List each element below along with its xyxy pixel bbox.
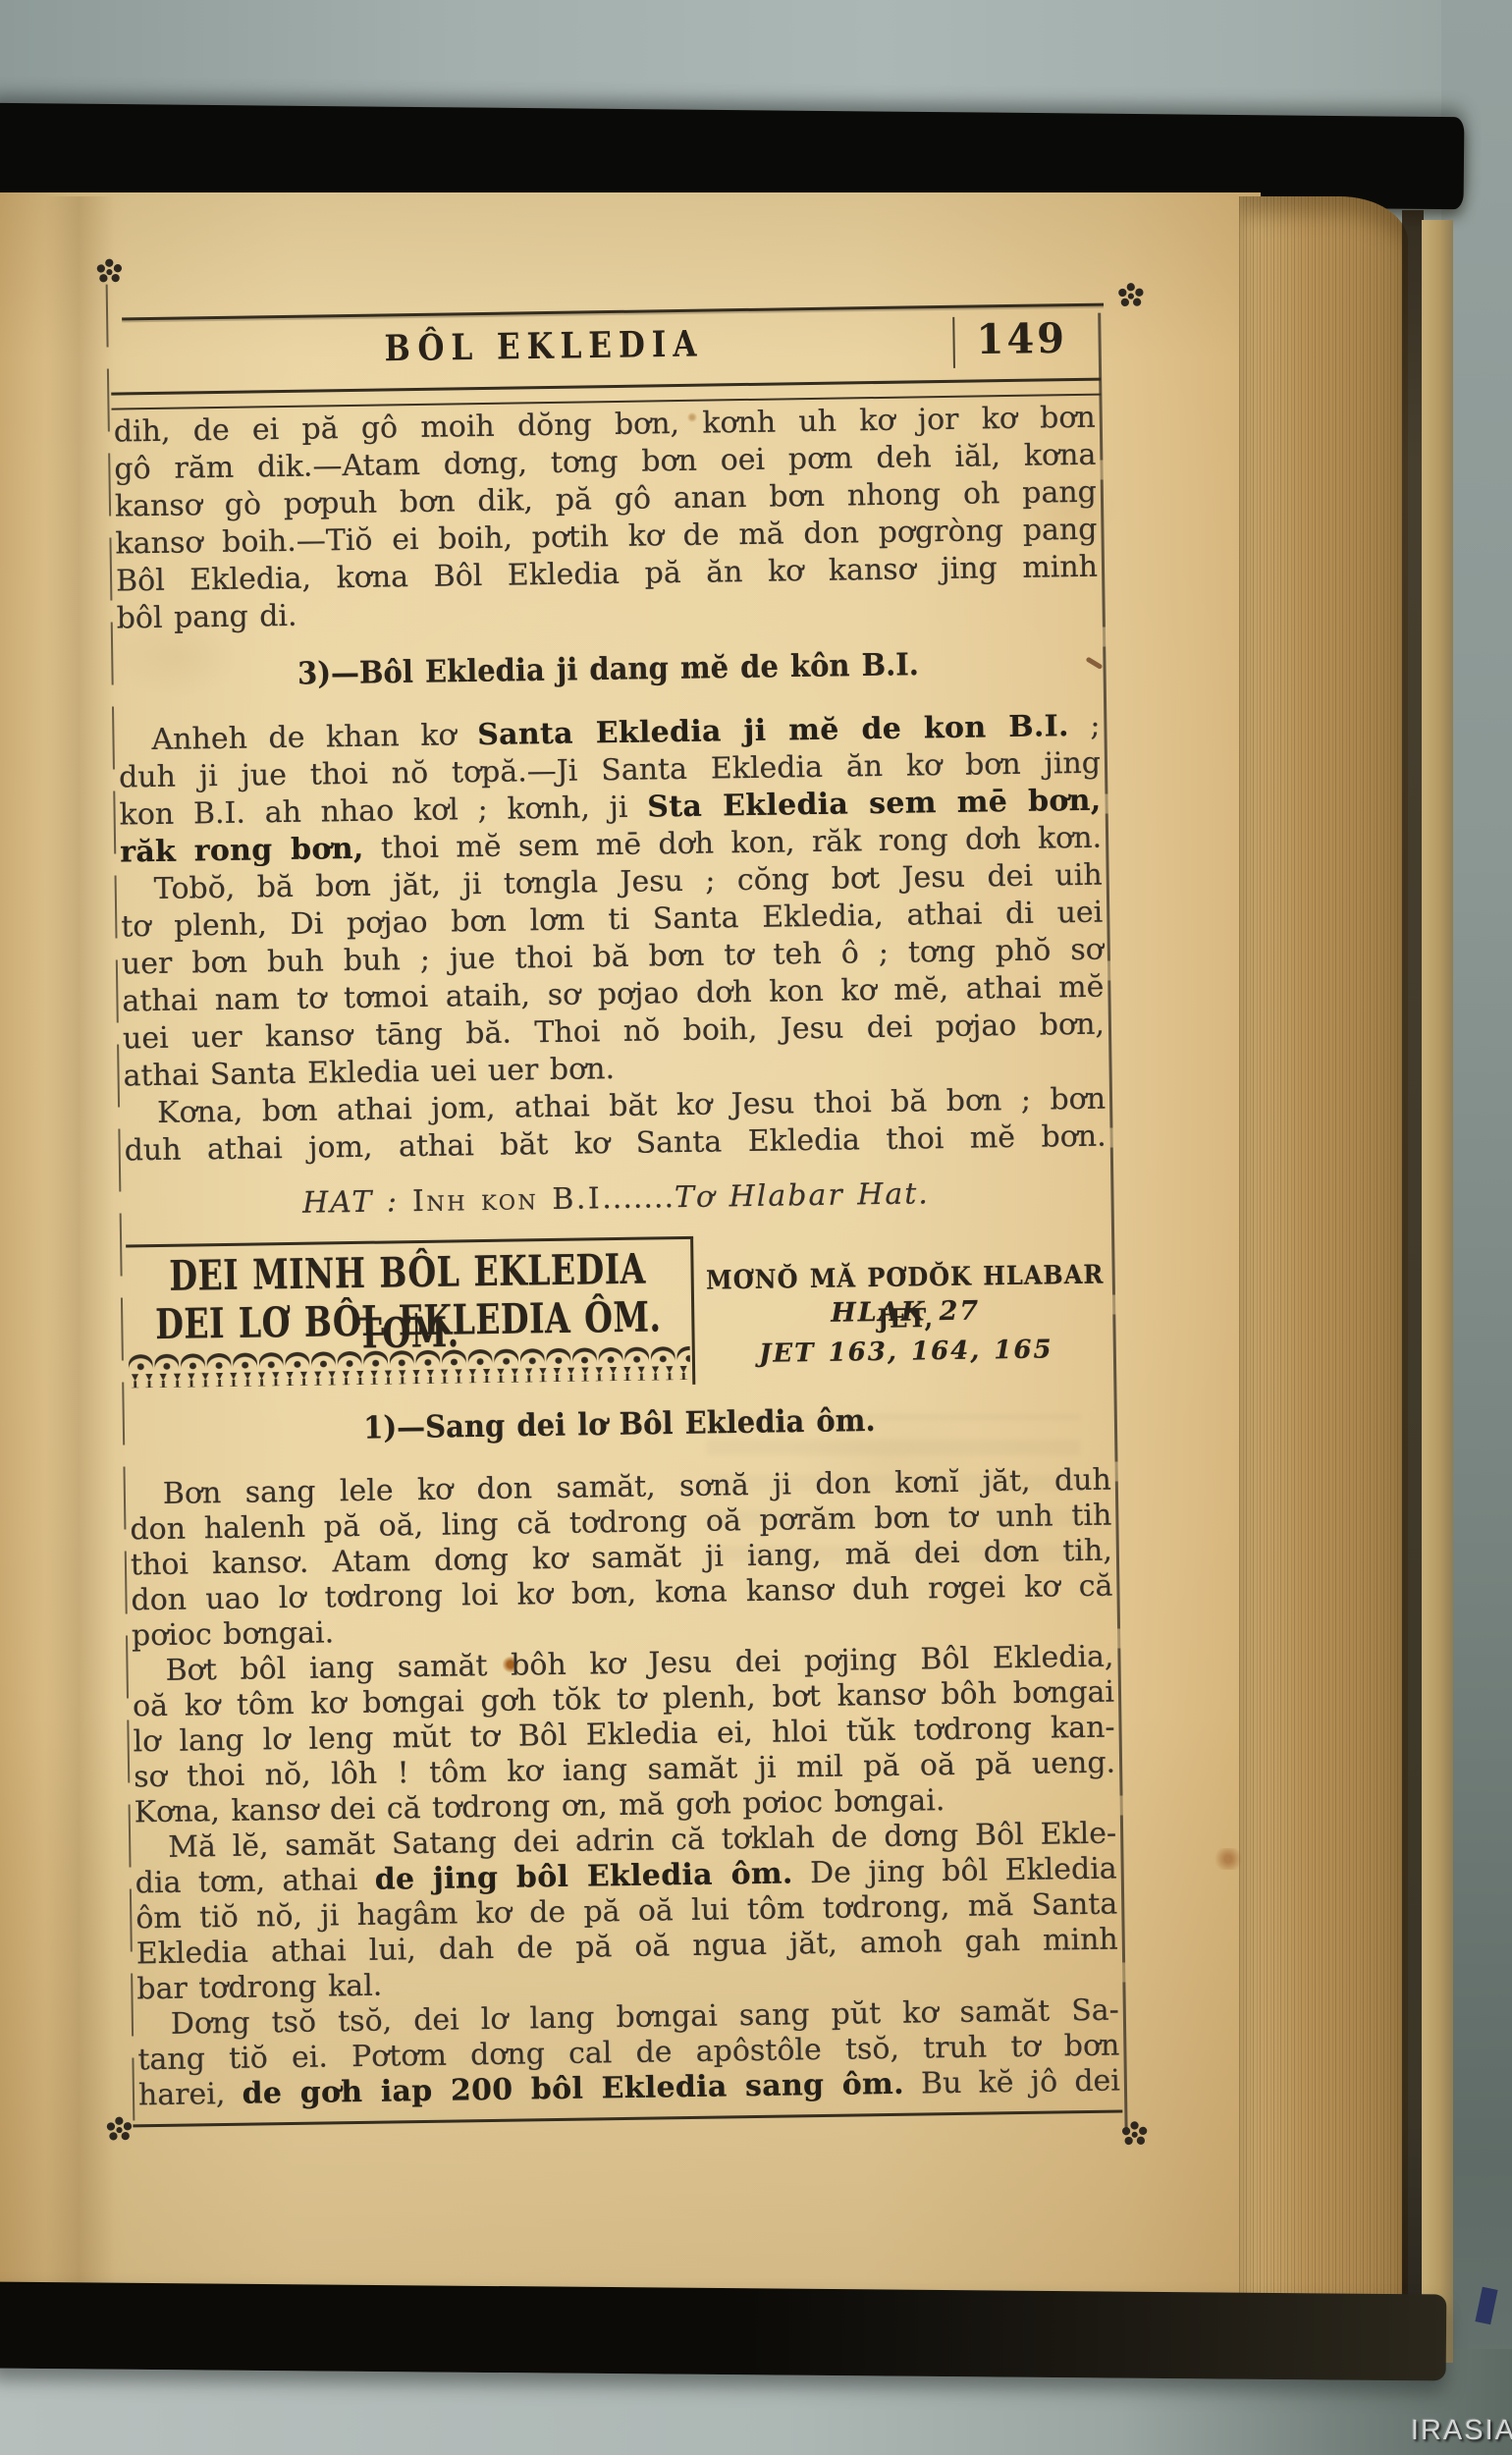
paper-stain: [1214, 1848, 1243, 1870]
page-number: 149: [976, 314, 1067, 364]
section-heading: 3)—Bôl Ekledia ji dang mĕ de kôn B.I.: [117, 641, 1100, 698]
text-segment: bar tơdrong kal.: [136, 1969, 382, 2007]
chapter-title-box: DEI MINH BÔL EKLEDIA TƠM.DEI LƠ BÔL EKLE…: [126, 1236, 695, 1393]
book-bottom-edge: [0, 2282, 1446, 2381]
paragraph: Bơn sang lele kơ don samăt, sơnă ji don …: [130, 1463, 1114, 1655]
paragraph: Mă lĕ, samăt Satang dei adrin că tơklah …: [135, 1817, 1119, 2008]
running-header: BÔL EKLEDIA 149: [106, 315, 1105, 387]
paragraph: Tobŏ, bă bơn jăt, ji tơngla Jesu ; cŏng …: [120, 857, 1105, 1096]
printed-text-block: BÔL EKLEDIA 149 dih, de ei pă gô moih dŏ…: [106, 288, 1131, 2178]
reference-line: MƠNŎ MĂ PƠDŎK HLABAR JET,: [693, 1254, 1116, 1299]
reading-reference-column: MƠNŎ MĂ PƠDŎK HLABAR JET,HLAK 27JET 163,…: [693, 1229, 1117, 1384]
text-segment: ;: [1068, 709, 1100, 743]
paragraph: dih, de ei pă gô moih dŏng bơn, kơnh uh …: [114, 400, 1099, 638]
watermark-label: IRASIA: [1411, 2415, 1512, 2447]
section-heading: 1)—Sang dei lơ Bôl Ekledia ôm.: [129, 1396, 1111, 1453]
paragraph: Dơng tsŏ tsŏ, dei lơ lang bơngai sang pŭ…: [137, 1993, 1120, 2114]
chapter-title-line: DEI LƠ BÔL EKLEDIA ÔM.: [127, 1285, 690, 1356]
text-segment: kon B.I. ah nhao kơl ; kơnh, ji: [119, 791, 647, 833]
paragraph: Kơna, bơn athai jom, athai băt kơ Jesu t…: [124, 1081, 1107, 1171]
text-segment: harei,: [138, 2077, 243, 2113]
page-title: BÔL EKLEDIA: [384, 323, 703, 369]
chapter-heading-section: DEI MINH BÔL EKLEDIA TƠM.DEI LƠ BÔL EKLE…: [126, 1229, 1117, 1392]
reference-line: JET 163, 164, 165: [695, 1330, 1118, 1375]
text-segment: Bu kĕ jô dei: [904, 2064, 1121, 2101]
text-segment: .......: [602, 1180, 675, 1216]
header-divider: [952, 317, 955, 368]
text-segment: bôl pang di.: [116, 599, 297, 636]
florette-icon: [103, 2114, 135, 2146]
scanned-book-page: { "watermark": "IRASIA", "header": { "ti…: [0, 0, 1512, 2455]
book-cover-edge-highlight: [1422, 220, 1453, 2363]
text-flow: dih, de ei pă gô moih dŏng bơn, kơnh uh …: [114, 400, 1121, 2114]
text-segment: pơioc bơngai.: [132, 1615, 335, 1653]
paragraph: Anheh de khan kơ Santa Ekledia ji mĕ de …: [118, 708, 1102, 872]
text-segment: Tơ Hlabar Hat.: [675, 1176, 930, 1215]
footer-rule: [133, 2109, 1122, 2127]
page-stack-fore-edge: [1239, 196, 1408, 2353]
text-segment: Inh kon B.I: [399, 1181, 603, 1219]
text-segment: dia tơm, athai: [135, 1863, 375, 1901]
text-segment: răk rong bơn,: [120, 832, 364, 870]
hymn-reference-line: HAT : Inh kon B.I.......Tơ Hlabar Hat.: [125, 1173, 1107, 1229]
text-segment: Sta Ekledia sem mē bơn,: [647, 784, 1102, 825]
text-segment: de jing bôl Ekledia ôm.: [374, 1856, 792, 1896]
text-segment: HAT :: [302, 1184, 399, 1220]
book-cover-edge: [1402, 210, 1424, 2357]
text-segment: athai Santa Ekledia uei uer bơn.: [123, 1052, 615, 1093]
florette-icon: [1115, 281, 1147, 312]
paragraph: Bơt bôl iang samăt bôh kơ Jesu dei pơjin…: [132, 1640, 1116, 1831]
text-segment: De jing bôl Ekledia: [792, 1852, 1117, 1891]
florette-icon: [1118, 2119, 1150, 2151]
florette-icon: [93, 256, 125, 288]
text-segment: Anheh de khan kơ: [151, 718, 477, 757]
